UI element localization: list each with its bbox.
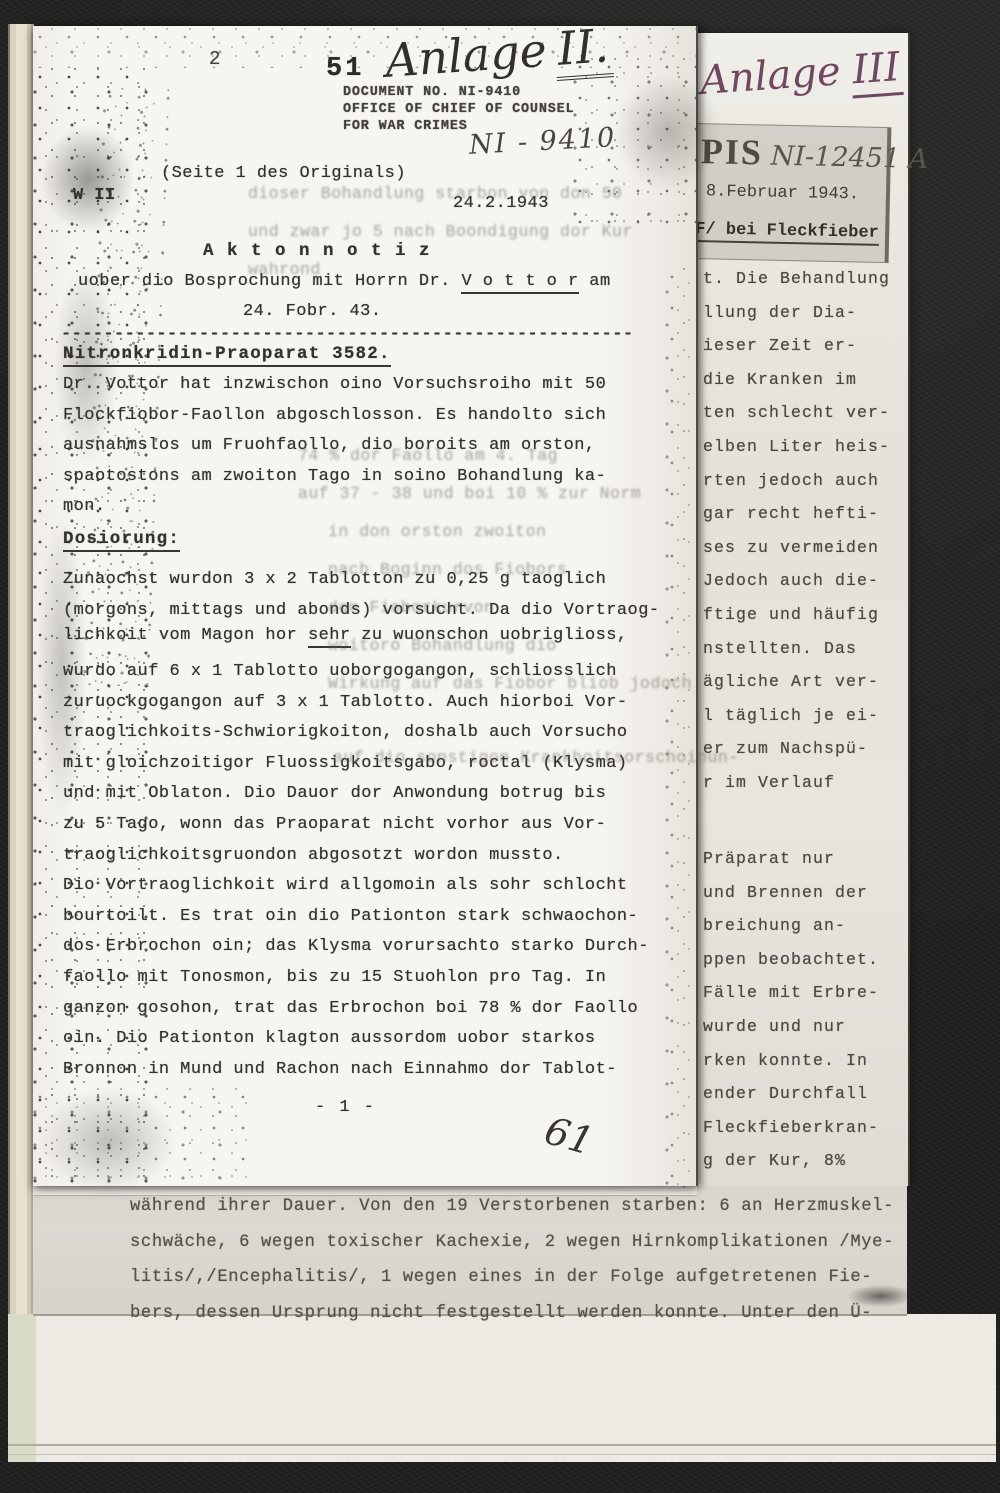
ghost-text-line: woitoro Bohandlung dio — [328, 636, 557, 655]
right-column-line: g der Kur, 8% — [703, 1144, 879, 1178]
seite-note: (Seite 1 des Originals) — [161, 164, 406, 183]
paragraph-line: bourtoilt. Es trat oin dio Pationton sta… — [63, 902, 649, 933]
photographed-archive-document: AnlageIII PISNI-12451 A 8.Februar 1943. … — [0, 0, 1000, 1493]
right-column-line: ender Durchfall — [703, 1077, 879, 1111]
stamp-line-1: DOCUMENT NO. NI-9410 — [343, 84, 574, 101]
document-title: A k t o n n o t i z — [203, 241, 431, 261]
anlage-numeral: II. — [553, 18, 614, 81]
right-column-lower: Präparat nurund Brennen derbreichung an-… — [703, 842, 879, 1178]
main-document-page: 2 51 AnlageII. DOCUMENT NO. NI-9410 OFFI… — [33, 26, 698, 1186]
stamp-text: PIS — [700, 131, 763, 172]
ghost-text-line: Wirkung auf das Fiobor bliob jodoch — [328, 674, 692, 693]
right-column-line: ieser Zeit er- — [703, 329, 890, 363]
bottom-underlying-page — [8, 1314, 996, 1462]
paragraph-line: Dio Vortraoglichkoit wird allgomoin als … — [63, 871, 649, 902]
right-column-line: ses zu vermeiden — [703, 531, 890, 565]
stamp-document-number: NI-12451 A — [770, 141, 928, 175]
ni-number-handwritten: NI - 9410 — [468, 122, 617, 161]
right-column-upper: t. Die Behandlungllung der Dia-ieser Zei… — [703, 262, 890, 800]
ghost-text-line: wahrond — [248, 260, 321, 279]
bottom-text-line: bers, dessen Ursprung nicht festgestellt… — [130, 1296, 894, 1332]
page-overlap-edge — [33, 1186, 697, 1196]
stamp-row: PISNI-12451 A — [700, 130, 928, 177]
odpis-stamp-block: PISNI-12451 A 8.Februar 1943. F/ bei Fle… — [686, 123, 892, 263]
ghost-text-line: und zwar jo 5 nach Boondigung dor Kur — [248, 222, 633, 241]
paragraph-line: zu 5 Tago, wonn das Praoparat nicht vorh… — [63, 810, 649, 841]
right-column-line: nstellten. Das — [703, 632, 890, 666]
ghost-text-line: in don orston zwoiton — [328, 522, 546, 541]
bottom-text-block: während ihrer Dauer. Von den 19 Verstorb… — [130, 1189, 894, 1332]
right-column-line: ppen beobachtet. — [703, 943, 879, 977]
ghost-text-line: nach Boginn dos Fiobors — [328, 560, 567, 579]
ghost-text-line: dioser Bohandlung starbon von don 50 — [248, 184, 622, 203]
anlage-word: Anlage — [699, 48, 842, 104]
paragraph-line: dos Erbrochon oin; das Klysma vorursacht… — [63, 932, 649, 963]
photocopy-noise-rightedge — [665, 266, 696, 1206]
right-document-page: AnlageIII PISNI-12451 A 8.Februar 1943. … — [695, 33, 910, 1186]
paragraph-line: traoglichkoits-Schwiorigkoiton, doshalb … — [63, 718, 649, 749]
right-column-line: gar recht hefti- — [703, 497, 890, 531]
exhibit-number: 51 — [326, 54, 364, 84]
paragraph-line: Bronnon in Mund und Rachon nach Einnahmo… — [63, 1055, 649, 1086]
right-column-line: rken konnte. In — [703, 1044, 879, 1078]
ghost-text-line: 74 % dor Faollo am 4. Tag — [298, 446, 558, 465]
right-column-line: ten schlecht ver- — [703, 396, 890, 430]
fold-line — [8, 1444, 996, 1446]
ghost-text-line: auf dio sonstigon Krankhoitsorschoinun- — [333, 748, 739, 767]
subtitle-post: am — [579, 272, 611, 291]
heading-text: Nitronkridin-Praoparat 3582. — [63, 344, 391, 367]
section-heading-nitroakridin: Nitronkridin-Praoparat 3582. — [63, 344, 391, 367]
heading-text: Dosiorung: — [63, 529, 180, 552]
right-column-line: wurde und nur — [703, 1010, 879, 1044]
right-column-line: Fälle mit Erbre- — [703, 976, 879, 1010]
book-left-edge — [8, 24, 34, 1460]
file-reference: W II — [73, 186, 116, 205]
right-column-line: Fleckfieberkran- — [703, 1111, 879, 1145]
stamp-date: 8.Februar 1943. — [706, 182, 859, 204]
paragraph-line: faollo mit Tonosmon, bis zu 15 Stuohlon … — [63, 963, 649, 994]
bottom-text-line: schwäche, 6 wegen toxischer Kachexie, 2 … — [130, 1225, 894, 1261]
right-column-line: ägliche Art ver- — [703, 665, 890, 699]
pencil-page-number: 2 — [209, 48, 221, 70]
separator-line: ----------------------------------------… — [61, 325, 634, 344]
right-column-line: rten jedoch auch — [703, 464, 890, 498]
section-heading-dosierung: Dosiorung: — [63, 529, 180, 552]
meeting-date: 24. Fobr. 43. — [243, 302, 381, 321]
paragraph-line: und mit Oblaton. Dio Dauor dor Anwondung… — [63, 779, 649, 810]
stamp-line-2: OFFICE OF CHIEF OF COUNSEL — [343, 101, 574, 118]
paragraph-line: Flockfiobor-Faollon abgoschlosson. Es ha… — [63, 401, 606, 432]
toner-blob — [23, 104, 153, 254]
attachment-iii-handwriting: AnlageIII — [699, 44, 904, 104]
paragraph-line: oin. Dio Pationton klagton aussordom uob… — [63, 1024, 649, 1055]
right-column-line: r im Verlauf — [703, 766, 890, 800]
ghost-text-line: auf 37 - 38 und boi 10 % zur Norm — [298, 484, 641, 503]
paragraph-line: traoglichkoitsgruondon abgosotzt wordon … — [63, 841, 649, 872]
right-column-line: t. Die Behandlung — [703, 262, 890, 296]
handwritten-mark-61: 61 — [540, 1108, 599, 1164]
paragraph-two-rest: wurdo auf 6 x 1 Tablotto uoborgogangon, … — [63, 657, 649, 1085]
right-column-line: l täglich je ei- — [703, 699, 890, 733]
document-subtitle: uober dio Bosprochung mit Horrn Dr. V o … — [78, 272, 611, 294]
right-column-line: und Brennen der — [703, 876, 879, 910]
fold-line — [8, 1454, 996, 1455]
paragraph-line: ganzon gosohon, trat das Erbrochon boi 7… — [63, 994, 649, 1025]
attachment-ii-handwriting: AnlageII. — [383, 18, 613, 88]
ink-smudge — [833, 1280, 928, 1312]
ghost-text-line: don Fioborkurvon — [328, 598, 494, 617]
bottom-text-line: litis/,/Encephalitis/, 1 wegen eines in … — [130, 1260, 894, 1296]
right-column-line: llung der Dia- — [703, 296, 890, 330]
right-page-headline: F/ bei Fleckfieber — [695, 220, 879, 246]
right-column-line: Präparat nur — [703, 842, 879, 876]
sehr-pre: lichkoit vom Magon hor — [63, 626, 308, 645]
right-column-line: breichung an- — [703, 909, 879, 943]
right-column-line: Jedoch auch die- — [703, 564, 890, 598]
anlage-numeral: III — [849, 44, 904, 98]
paragraph-line: Dr. Vottor hat inzwischon oino Vorsuchsr… — [63, 370, 606, 401]
page-edge-tint — [8, 1314, 36, 1462]
right-column-line: elben Liter heis- — [703, 430, 890, 464]
photocopy-noise-bottom — [33, 1086, 253, 1186]
bottom-typed-strip: während ihrer Dauer. Von den 19 Verstorb… — [33, 1186, 907, 1316]
page-number: - 1 - — [315, 1098, 376, 1117]
right-column-line: ftige und häufig — [703, 598, 890, 632]
subtitle-name-vetter: V o t t o r — [461, 272, 578, 294]
anlage-word: Anlage — [383, 23, 548, 88]
right-column-line: die Kranken im — [703, 363, 890, 397]
